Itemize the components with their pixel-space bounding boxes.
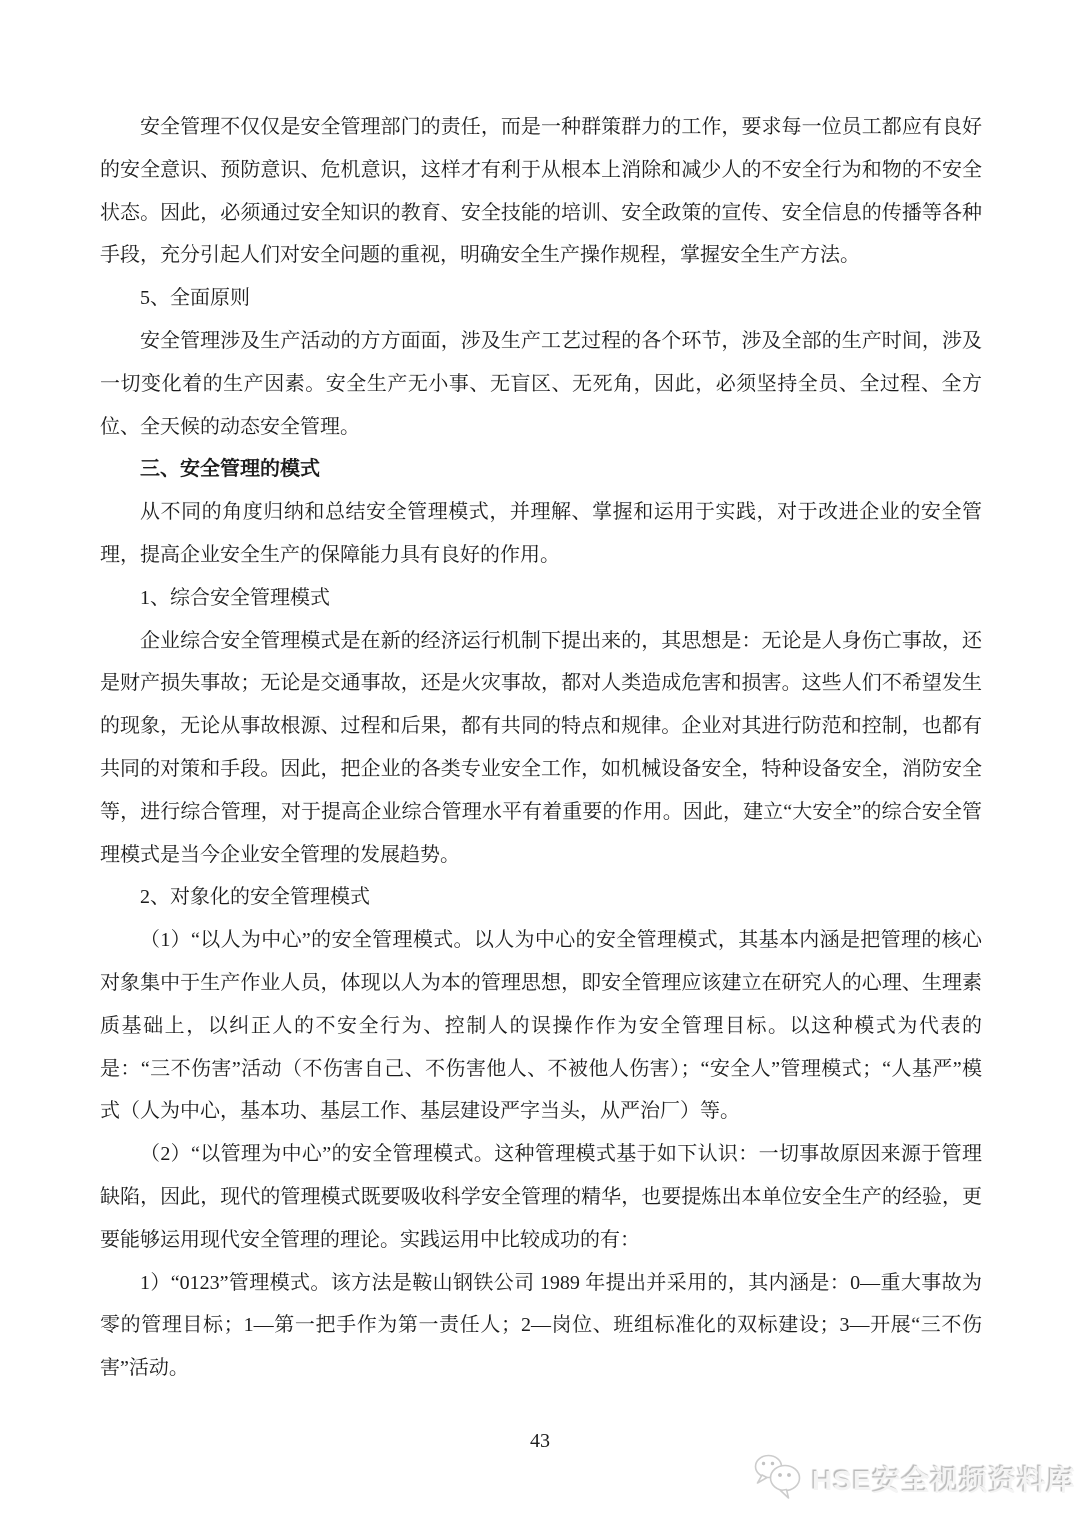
document-body: 安全管理不仅仅是安全管理部门的责任，而是一种群策群力的工作，要求每一位员工都应有…: [100, 106, 982, 1390]
doc-subheading: 5、全面原则: [100, 277, 982, 320]
doc-paragraph: 从不同的角度归纳和总结安全管理模式，并理解、掌握和运用于实践，对于改进企业的安全…: [100, 491, 982, 577]
page-number: 43: [0, 1430, 1080, 1453]
doc-paragraph: 企业综合安全管理模式是在新的经济运行机制下提出来的，其思想是：无论是人身伤亡事故…: [100, 620, 982, 877]
wechat-icon: [752, 1452, 804, 1505]
document-page: 安全管理不仅仅是安全管理部门的责任，而是一种群策群力的工作，要求每一位员工都应有…: [0, 0, 1080, 1528]
doc-subheading: 1、综合安全管理模式: [100, 577, 982, 620]
watermark: HSE安全视频资料库: [752, 1452, 1076, 1505]
doc-paragraph: 安全管理涉及生产活动的方方面面，涉及生产工艺过程的各个环节，涉及全部的生产时间，…: [100, 320, 982, 448]
doc-section-heading: 三、安全管理的模式: [100, 448, 982, 491]
doc-paragraph: （2）“以管理为中心”的安全管理模式。这种管理模式基于如下认识：一切事故原因来源…: [100, 1133, 982, 1261]
doc-paragraph: （1）“以人为中心”的安全管理模式。以人为中心的安全管理模式，其基本内涵是把管理…: [100, 919, 982, 1133]
watermark-text: HSE安全视频资料库: [812, 1459, 1076, 1499]
doc-paragraph: 1）“0123”管理模式。该方法是鞍山钢铁公司 1989 年提出并采用的，其内涵…: [100, 1262, 982, 1390]
doc-paragraph: 安全管理不仅仅是安全管理部门的责任，而是一种群策群力的工作，要求每一位员工都应有…: [100, 106, 982, 277]
doc-subheading: 2、对象化的安全管理模式: [100, 876, 982, 919]
